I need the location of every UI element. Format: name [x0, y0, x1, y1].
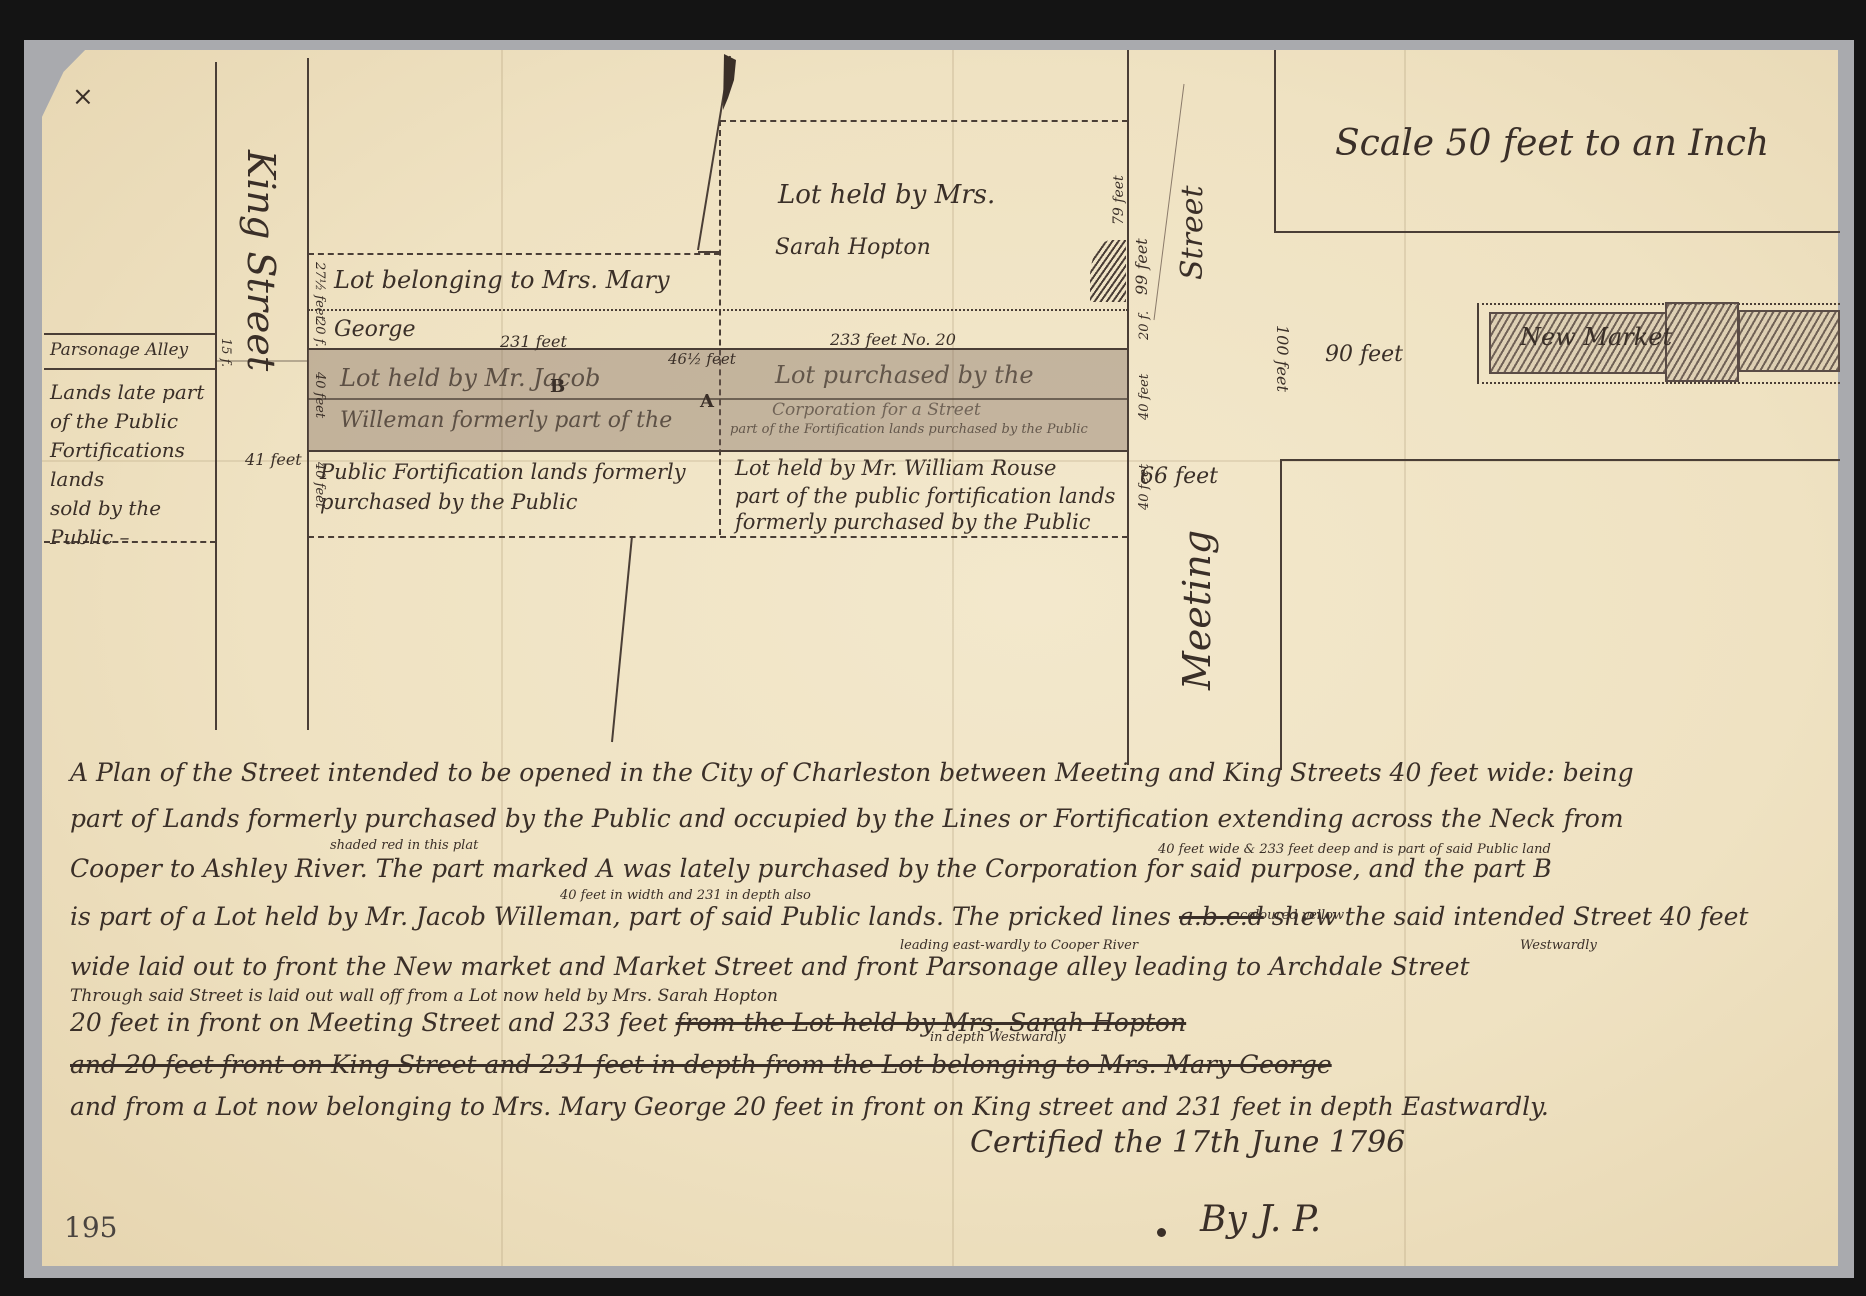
hopton-lot-label-2: Sarah Hopton [775, 237, 931, 259]
dim-40-feet-meeting-a: 40 feet [1138, 374, 1151, 420]
catalog-number: 195 [64, 1214, 117, 1242]
shaded-parcel-midline [308, 398, 1128, 400]
dim-20-feet-king: 20 f. [313, 318, 326, 347]
dim-40-feet-king-b: 40 feet [313, 462, 326, 508]
signature: By J. P. [1200, 1202, 1321, 1238]
corner-mark: × [72, 84, 94, 110]
right-block-top-west-line [1274, 50, 1276, 232]
purchased-lot-label: Lot purchased by the [775, 363, 1034, 387]
rouse-lot-bottom-dashed [308, 536, 1128, 538]
dim-233-feet: 233 feet No. 20 [830, 332, 956, 348]
description-line-1: A Plan of the Street intended to be open… [70, 758, 1634, 787]
meeting-street-label: Meeting [1178, 530, 1216, 690]
willeman-lot-label-2: Willeman formerly part of the [340, 410, 672, 432]
description-line-7: 20 feet in front on Meeting Street and 2… [70, 1008, 1186, 1037]
fold-line [952, 50, 954, 1266]
king-street-west-line [215, 62, 217, 730]
marker-a: A [700, 393, 714, 411]
description-line-4: is part of a Lot held by Mr. Jacob Wille… [70, 902, 1748, 931]
scale-label: Scale 50 feet to an Inch [1335, 126, 1769, 162]
purchased-lot-label-2: Corporation for a Street [772, 402, 981, 419]
description-line-9: and from a Lot now belonging to Mrs. Mar… [70, 1092, 1549, 1121]
dim-231-feet: 231 feet [500, 334, 567, 350]
public-lands-west-label: Lands late part of the Public Fortificat… [50, 378, 215, 552]
description-insert: Westwardly [1520, 938, 1597, 953]
parsonage-alley-label: Parsonage Alley [50, 342, 188, 359]
new-market-label: New Market [1520, 325, 1672, 349]
fold-line [501, 50, 503, 1266]
parsonage-alley-bottom [44, 368, 216, 370]
public-fortification-label-2: purchased by the Public [320, 492, 577, 513]
right-block-bottom-top-line [1280, 459, 1840, 461]
dim-20-feet-meeting: 20 f. [1138, 311, 1151, 340]
description-line-5: wide laid out to front the New market an… [70, 952, 1470, 981]
description-line-2: part of Lands formerly purchased by the … [70, 804, 1624, 833]
dim-46-feet: 46½ feet [668, 352, 736, 367]
purchased-lot-label-3: part of the Fortification lands purchase… [730, 423, 1088, 436]
dim-41-feet: 41 feet [245, 452, 302, 468]
mary-george-lot-label: Lot belonging to Mrs. Mary [334, 268, 670, 292]
struck-text: from the Lot held by Mrs. Sarah Hopton [676, 1008, 1187, 1037]
description-line-8-struck: and 20 feet front on King Street and 231… [70, 1050, 1332, 1079]
rouse-lot-label-2: part of the public fortification lands [735, 486, 1115, 507]
description-line-6: Through said Street is laid out wall off… [70, 986, 778, 1006]
survey-flag-icon [690, 50, 750, 260]
struck-text: a.b.c.d [1179, 902, 1264, 931]
mary-lot-top-dashed [308, 253, 720, 255]
meeting-street-west-line [1127, 50, 1129, 765]
rouse-lot-label: Lot held by Mr. William Rouse [735, 458, 1056, 479]
hopton-lot-label: Lot held by Mrs. [778, 182, 995, 208]
right-block-top-bottom-line [1274, 231, 1840, 233]
hopton-lot-top-dashed [720, 120, 1128, 122]
rouse-lot-label-3: formerly purchased by the Public [735, 512, 1091, 533]
dim-100-feet: 100 feet [1274, 325, 1290, 392]
mary-george-lot-label-2: George [334, 319, 415, 341]
right-block-bottom-west-line [1280, 460, 1282, 770]
dim-79-feet: 79 feet [1112, 175, 1126, 225]
meeting-street-label-2: Street [1178, 185, 1208, 280]
description-insert: 40 feet in width and 231 in depth also [560, 888, 811, 903]
dim-90-feet: 90 feet [1325, 344, 1403, 366]
mary-lot-bottom-dotted [308, 309, 1128, 311]
new-market-building-center [1665, 302, 1739, 382]
description-insert: leading east-wardly to Cooper River [900, 938, 1138, 953]
certification-date: Certified the 17th June 1796 [970, 1128, 1405, 1158]
dim-40-feet-king-a: 40 feet [313, 372, 326, 418]
dim-27-feet: 27½ feet [313, 262, 326, 321]
king-street-label: King Street [242, 150, 280, 371]
parsonage-alley-top [44, 333, 216, 335]
dim-15-feet: 15 f. [219, 338, 232, 367]
ink-dot [1157, 1228, 1166, 1237]
marker-b: B [550, 378, 565, 396]
dim-40-feet-meeting-b: 40 feet [1138, 464, 1151, 510]
new-market-building-east [1738, 310, 1840, 372]
public-fortification-label: Public Fortification lands formerly [320, 462, 686, 483]
dim-99-feet: 99 feet [1134, 238, 1150, 295]
description-insert: shaded red in this plat [330, 838, 478, 853]
boundary-slant-line [600, 536, 640, 746]
description-line-3: Cooper to Ashley River. The part marked … [70, 854, 1552, 883]
